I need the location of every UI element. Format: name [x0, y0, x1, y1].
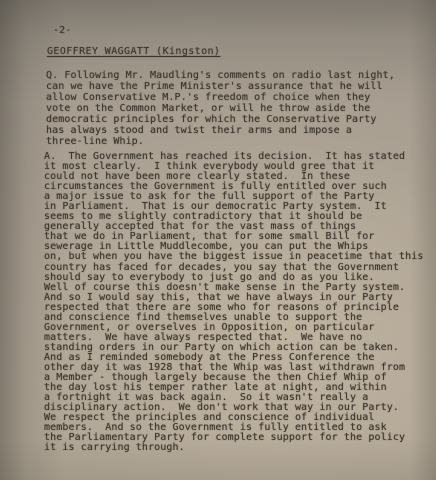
typed-page-content: -2- GEOFFREY WAGGATT (Kingston) Q. Follo… [0, 0, 436, 480]
question-paragraph: Q. Following Mr. Maudling's comments on … [46, 70, 428, 147]
speaker-heading: GEOFFREY WAGGATT (Kingston) [47, 46, 220, 58]
answer-paragraph: A. The Government has reached its decisi… [44, 152, 430, 453]
typed-document-photo: -2- GEOFFREY WAGGATT (Kingston) Q. Follo… [0, 0, 436, 480]
page-number: -2- [53, 25, 71, 36]
